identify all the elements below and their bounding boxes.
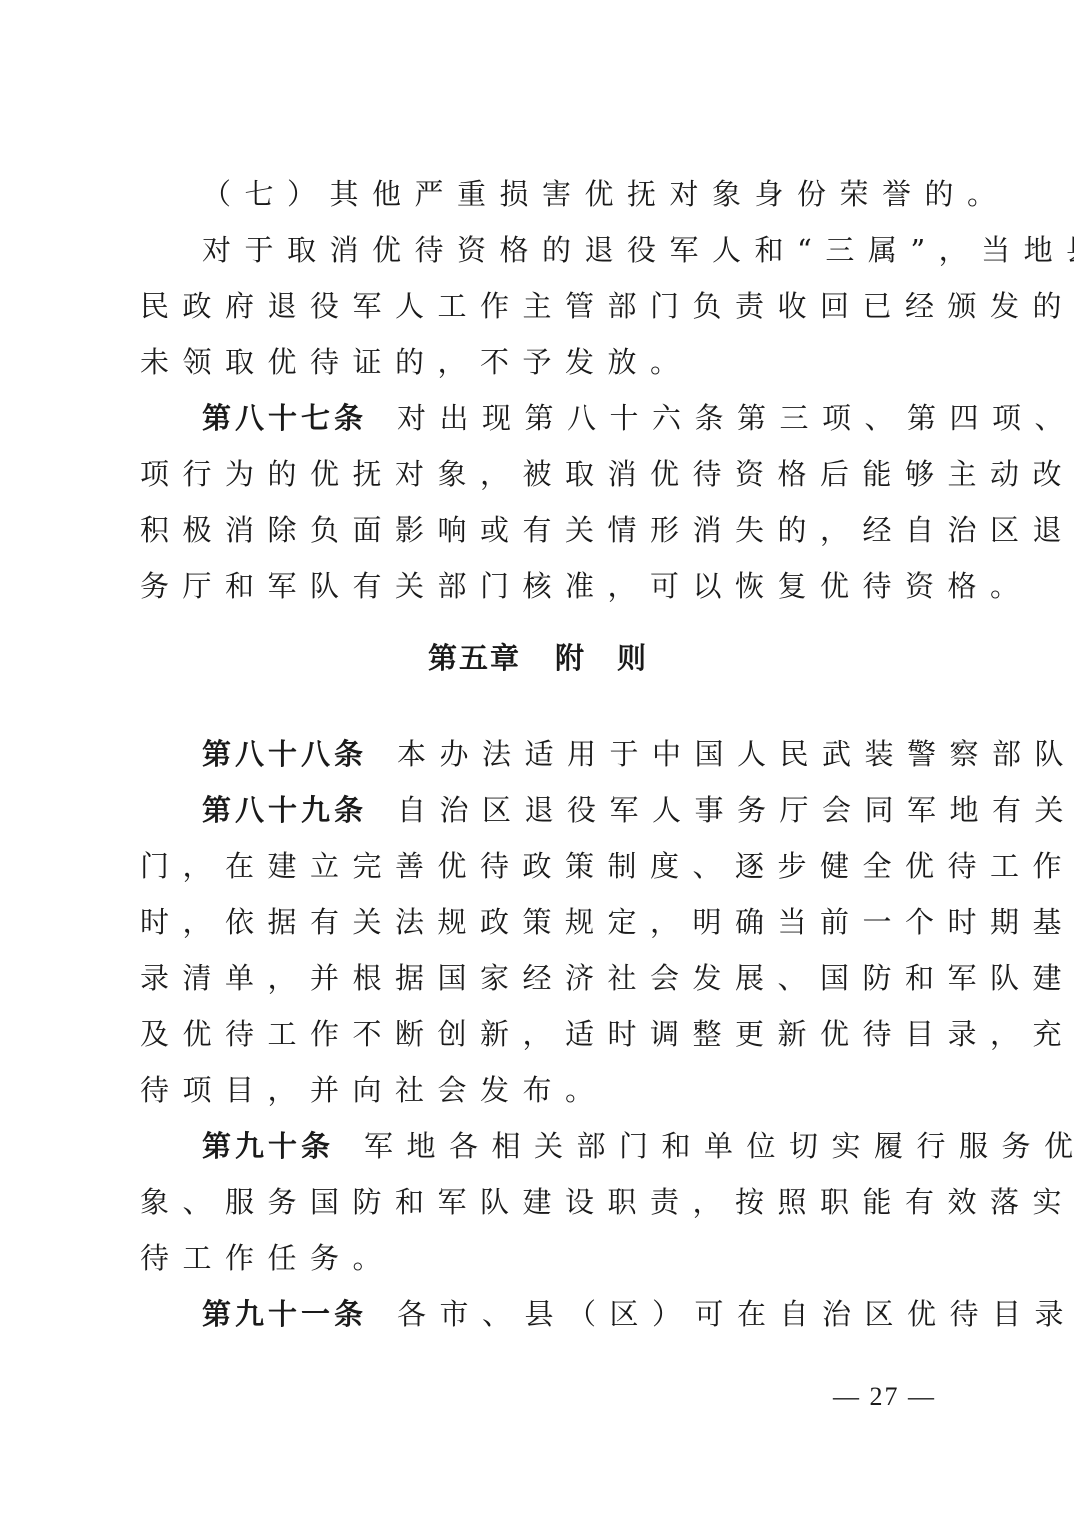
article-89-label: 第八十九条 <box>202 793 367 827</box>
article-91-text-1: 各市、县（区）可在自治区优待目录基础 <box>397 1297 1074 1331</box>
article-91-line-1: 第九十一条各市、县（区）可在自治区优待目录基础 <box>140 1286 936 1342</box>
article-90-text-1: 军地各相关部门和单位切实履行服务优抚对 <box>364 1129 1074 1163</box>
article-87-line-2: 项行为的优抚对象，被取消优待资格后能够主动改正错误并 <box>140 446 936 502</box>
article-89-line-6: 待项目，并向社会发布。 <box>140 1062 936 1118</box>
article-89-line-4: 录清单，并根据国家经济社会发展、国防和军队建设需要以 <box>140 950 936 1006</box>
article-88-line-1: 第八十八条本办法适用于中国人民武装警察部队。 <box>140 726 936 782</box>
article-87-line-3: 积极消除负面影响或有关情形消失的，经自治区退役军人事 <box>140 502 936 558</box>
article-89-line-5: 及优待工作不断创新，适时调整更新优待目录，充实完善优 <box>140 1006 936 1062</box>
chapter-title: 附 则 <box>555 641 648 675</box>
article-90-label: 第九十条 <box>202 1129 334 1163</box>
revocation-note-line-1: 对于取消优待资格的退役军人和“三属”，当地县级人 <box>140 222 936 278</box>
article-91-label: 第九十一条 <box>202 1297 367 1331</box>
article-88-text-1: 本办法适用于中国人民武装警察部队。 <box>397 737 1074 771</box>
chapter-heading: 第五章附 则 <box>140 630 936 686</box>
article-88-label: 第八十八条 <box>202 737 367 771</box>
article-90-line-2: 象、服务国防和军队建设职责，按照职能有效落实本系统优 <box>140 1174 936 1230</box>
item-7-line-1: （七）其他严重损害优抚对象身份荣誉的。 <box>140 166 936 222</box>
page-number: — 27 — <box>833 1382 936 1412</box>
article-87-label: 第八十七条 <box>202 401 367 435</box>
article-89-line-3: 时，依据有关法规政策规定，明确当前一个时期基本优待目 <box>140 894 936 950</box>
article-87-text-1: 对出现第八十六条第三项、第四项、第五 <box>397 401 1074 435</box>
revocation-note-line-3: 未领取优待证的，不予发放。 <box>140 334 936 390</box>
article-90-line-1: 第九十条军地各相关部门和单位切实履行服务优抚对 <box>140 1118 936 1174</box>
article-89-text-1: 自治区退役军人事务厅会同军地有关部 <box>397 793 1074 827</box>
article-87-line-1: 第八十七条对出现第八十六条第三项、第四项、第五 <box>140 390 936 446</box>
chapter-number: 第五章 <box>428 641 521 675</box>
revocation-note-line-2: 民政府退役军人工作主管部门负责收回已经颁发的优待证； <box>140 278 936 334</box>
article-89-line-1: 第八十九条自治区退役军人事务厅会同军地有关部 <box>140 782 936 838</box>
article-87-line-4: 务厅和军队有关部门核准，可以恢复优待资格。 <box>140 558 936 614</box>
document-page: （七）其他严重损害优抚对象身份荣誉的。 对于取消优待资格的退役军人和“三属”，当… <box>140 166 936 1342</box>
article-89-line-2: 门，在建立完善优待政策制度、逐步健全优待工作体系的同 <box>140 838 936 894</box>
article-90-line-3: 待工作任务。 <box>140 1230 936 1286</box>
